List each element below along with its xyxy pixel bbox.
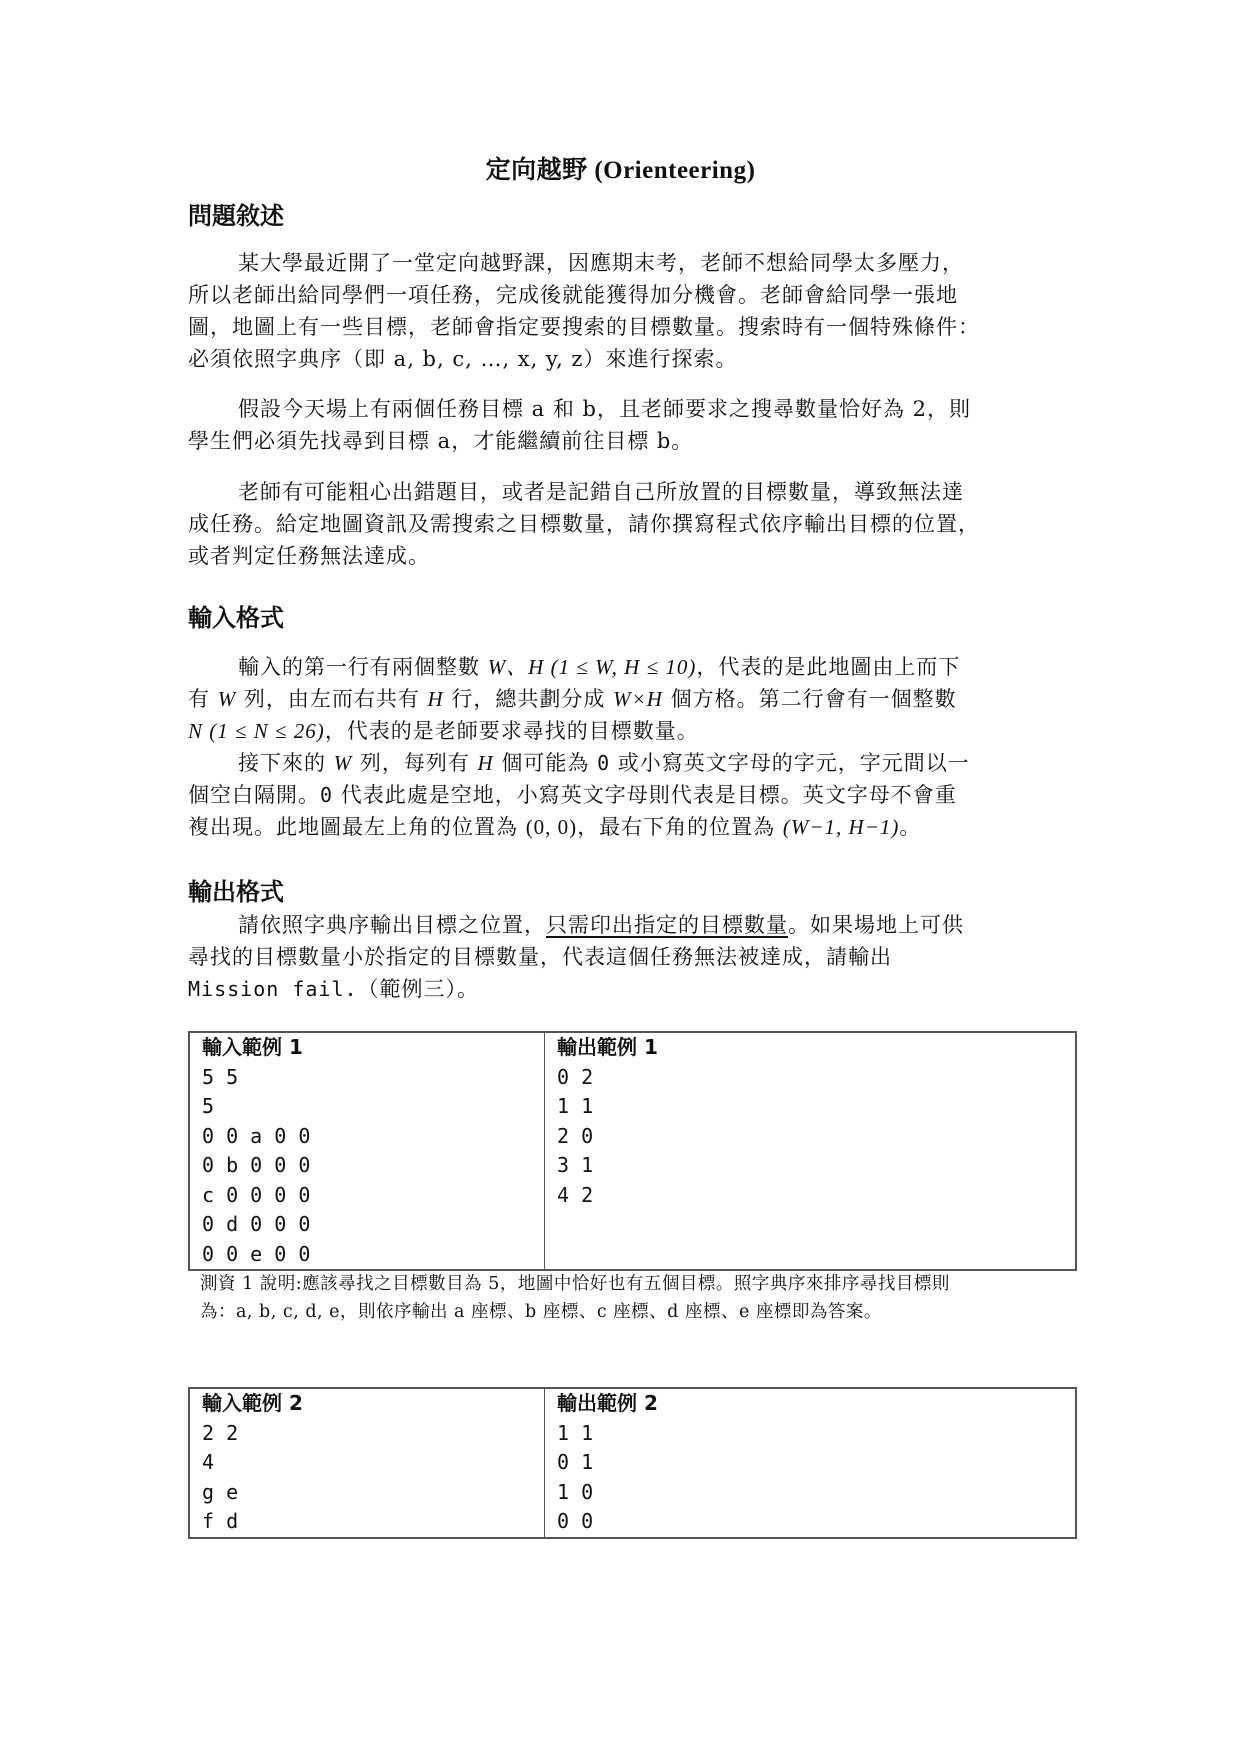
output-line: 3 1 [557,1151,1063,1181]
example-1-input-cell: 輸入範例 1 5 5 5 0 0 a 0 0 0 b 0 0 0 c 0 0 0… [189,1032,545,1270]
input-line: 0 b 0 0 0 [202,1151,532,1181]
input-line: 0 d 0 0 0 [202,1210,532,1240]
text-line: 必須依照字典序（即 a, b, c, …, x, y, z）來進行探索。 [188,343,1050,375]
example-table-2: 輸入範例 2 2 2 4 g e f d 輸出範例 2 1 1 0 1 1 0 … [188,1387,1077,1539]
text-line: 假設今天場上有兩個任務目標 a 和 b，且老師要求之搜尋數量恰好為 2，則 [188,393,1050,425]
output-line: 0 2 [557,1063,1063,1093]
section-heading-output-format: 輸出格式 [188,872,284,907]
text-line: 複出現。此地圖最左上角的位置為 (0, 0)，最右下角的位置為 (W−1, H−… [188,811,1050,843]
text-line: 尋找的目標數量小於指定的目標數量，代表這個任務無法被達成，請輸出 [188,941,1050,973]
output-line [557,1240,1063,1270]
input-line: f d [202,1507,532,1537]
document-page: 定向越野 (Orienteering) 問題敘述 某大學最近開了一堂定向越野課，… [0,0,1241,1754]
text-line: Mission fail.（範例三）。 [188,973,1050,1005]
example-1-output-cell: 輸出範例 1 0 2 1 1 2 0 3 1 4 2 [545,1032,1077,1270]
text-line: 輸入的第一行有兩個整數 W、H (1 ≤ W, H ≤ 10)，代表的是此地圖由… [188,651,1050,683]
example-2-output-cell: 輸出範例 2 1 1 0 1 1 0 0 0 [545,1388,1077,1538]
text-line: 成任務。給定地圖資訊及需搜索之目標數量，請你撰寫程式依序輸出目標的位置， [188,508,1050,540]
text-line: 接下來的 W 列，每列有 H 個可能為 0 或小寫英文字母的字元，字元間以一 [188,747,1050,779]
example-2-input-cell: 輸入範例 2 2 2 4 g e f d [189,1388,545,1538]
description-paragraph-1: 某大學最近開了一堂定向越野課，因應期末考，老師不想給同學太多壓力， 所以老師出給… [188,247,1050,375]
output-line: 4 2 [557,1181,1063,1211]
output-line: 0 1 [557,1448,1063,1478]
example-table-1: 輸入範例 1 5 5 5 0 0 a 0 0 0 b 0 0 0 c 0 0 0… [188,1031,1077,1271]
output-line: 1 0 [557,1478,1063,1508]
note-line: 為：a, b, c, d, e，則依序輸出 a 座標、b 座標、c 座標、d 座… [200,1298,1070,1326]
section-heading-description: 問題敘述 [188,196,284,231]
input-line: 2 2 [202,1419,532,1449]
output-line: 1 1 [557,1419,1063,1449]
output-line [557,1210,1063,1240]
text-line: 學生們必須先找尋到目標 a，才能繼續前往目標 b。 [188,425,1050,457]
output-format-paragraph: 請依照字典序輸出目標之位置，只需印出指定的目標數量。如果場地上可供 尋找的目標數… [188,909,1050,1005]
input-line: 5 5 [202,1063,532,1093]
output-line: 2 0 [557,1122,1063,1152]
example-1-output-header: 輸出範例 1 [557,1033,1063,1063]
text-line: 或者判定任務無法達成。 [188,540,1050,572]
input-line: c 0 0 0 0 [202,1181,532,1211]
problem-title: 定向越野 (Orienteering) [0,150,1241,186]
description-paragraph-2: 假設今天場上有兩個任務目標 a 和 b，且老師要求之搜尋數量恰好為 2，則 學生… [188,393,1050,457]
text-line: 圖，地圖上有一些目標，老師會指定要搜索的目標數量。搜索時有一個特殊條件： [188,311,1050,343]
example-2-input-header: 輸入範例 2 [202,1389,532,1419]
input-line: g e [202,1478,532,1508]
example-1-note: 測資 1 說明:應該尋找之目標數目為 5，地圖中恰好也有五個目標。照字典序來排序… [200,1270,1070,1326]
output-line: 1 1 [557,1092,1063,1122]
text-line: 所以老師出給同學們一項任務，完成後就能獲得加分機會。老師會給同學一張地 [188,279,1050,311]
text-line: 某大學最近開了一堂定向越野課，因應期末考，老師不想給同學太多壓力， [188,247,1050,279]
text-line: 個空白隔開。0 代表此處是空地，小寫英文字母則代表是目標。英文字母不會重 [188,779,1050,811]
text-line: 有 W 列，由左而右共有 H 行，總共劃分成 W×H 個方格。第二行會有一個整數 [188,683,1050,715]
example-1-input-header: 輸入範例 1 [202,1033,532,1063]
underlined-emphasis: 只需印出指定的目標數量 [546,913,788,937]
input-format-paragraph: 輸入的第一行有兩個整數 W、H (1 ≤ W, H ≤ 10)，代表的是此地圖由… [188,651,1050,843]
input-line: 0 0 e 0 0 [202,1240,532,1270]
input-line: 0 0 a 0 0 [202,1122,532,1152]
text-line: N (1 ≤ N ≤ 26)，代表的是老師要求尋找的目標數量。 [188,715,1050,747]
text-line: 老師有可能粗心出錯題目，或者是記錯自己所放置的目標數量，導致無法達 [188,476,1050,508]
output-line: 0 0 [557,1507,1063,1537]
note-line: 測資 1 說明:應該尋找之目標數目為 5，地圖中恰好也有五個目標。照字典序來排序… [200,1270,1070,1298]
input-line: 5 [202,1092,532,1122]
description-paragraph-3: 老師有可能粗心出錯題目，或者是記錯自己所放置的目標數量，導致無法達 成任務。給定… [188,476,1050,572]
example-2-output-header: 輸出範例 2 [557,1389,1063,1419]
section-heading-input-format: 輸入格式 [188,598,284,633]
input-line: 4 [202,1448,532,1478]
text-line: 請依照字典序輸出目標之位置，只需印出指定的目標數量。如果場地上可供 [188,909,1050,941]
